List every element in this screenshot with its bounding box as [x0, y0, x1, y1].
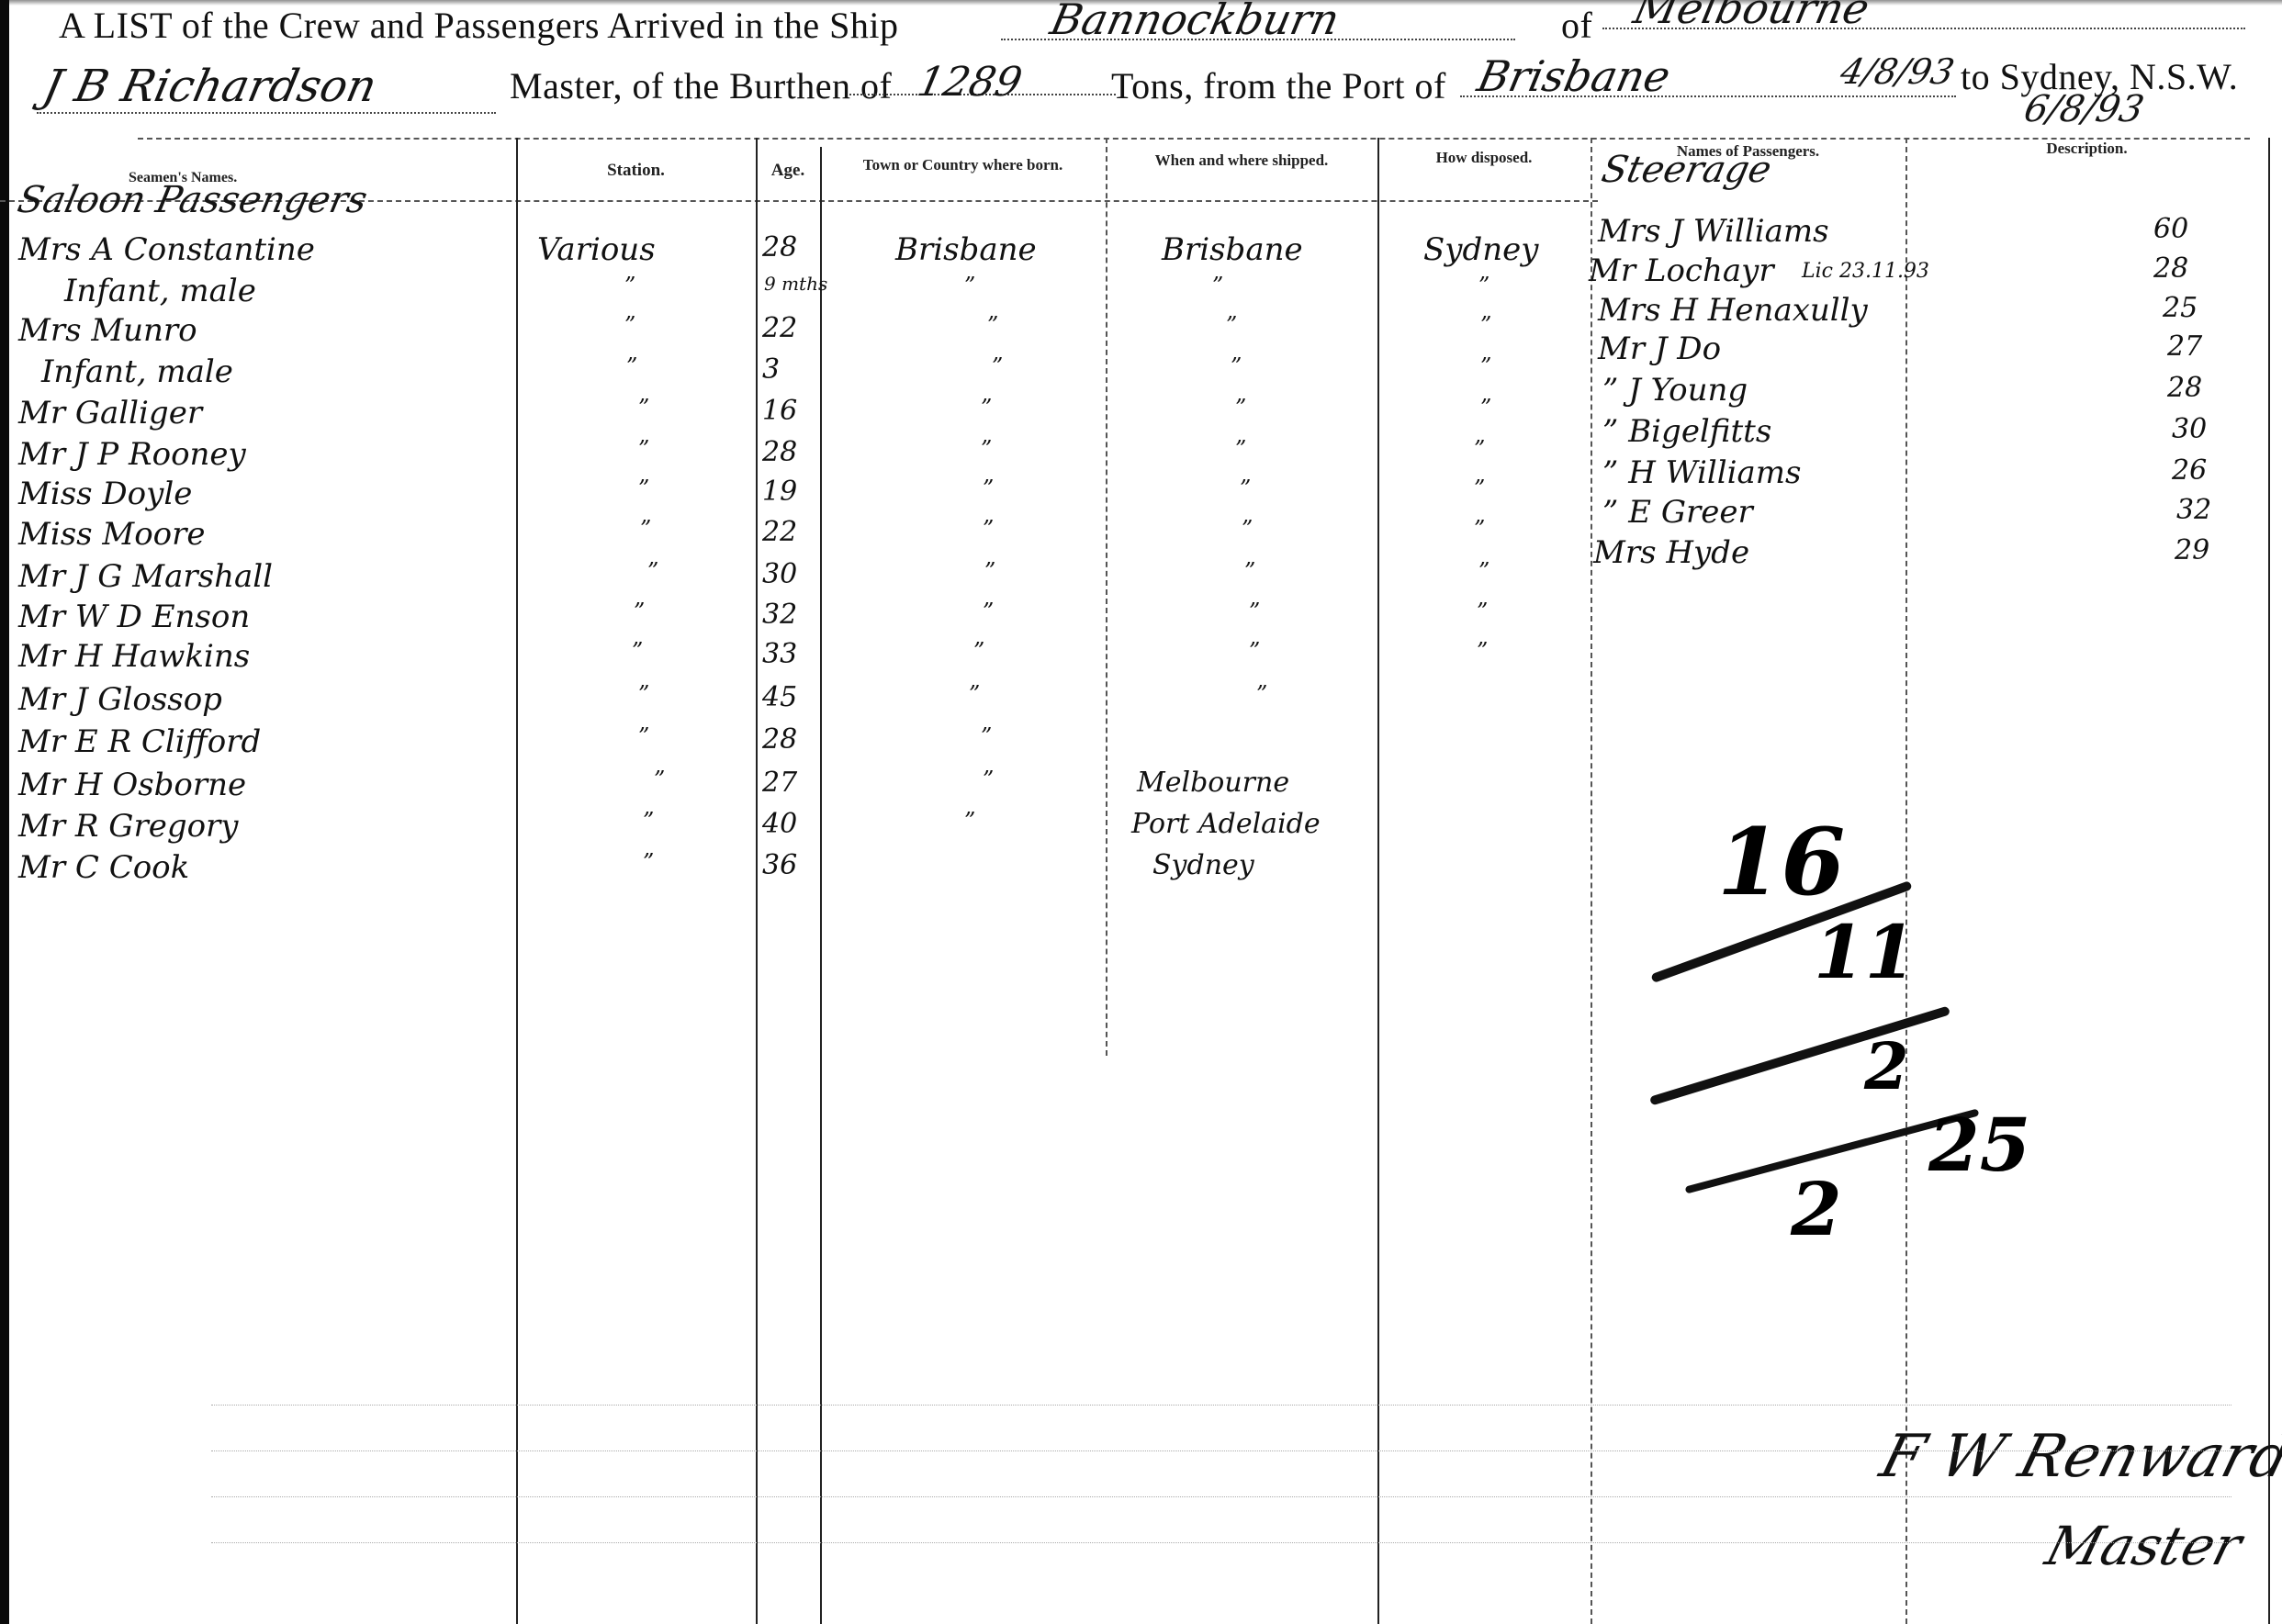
- master-name: J B Richardson: [39, 61, 381, 112]
- row-station: ”: [638, 681, 649, 707]
- passenger-row: ” E Greer 32: [0, 494, 2282, 531]
- passenger-list-document: A LIST of the Crew and Passengers Arrive…: [0, 0, 2282, 1624]
- master-signature: F W Renwardin: [1873, 1423, 2282, 1491]
- row-station: ”: [643, 849, 654, 875]
- passenger-name: Mrs H Henaxully: [1598, 292, 1868, 329]
- row-station: ”: [638, 723, 649, 749]
- passenger-row: Mrs H Henaxully 25: [0, 292, 2282, 329]
- row-born: ”: [973, 638, 984, 664]
- col-head-shipped: When and where shipped.: [1106, 151, 1377, 170]
- title-prefix: A LIST of the Crew and Passengers Arrive…: [59, 4, 899, 47]
- table-row: Mr W D Enson ” 32 ” ” ”: [0, 599, 2282, 635]
- row-name: Mr E R Clifford: [18, 723, 261, 760]
- master-rule: [37, 112, 496, 114]
- passenger-age: 29: [2175, 534, 2209, 566]
- row-born: ”: [969, 681, 980, 707]
- row-station: ”: [643, 808, 654, 834]
- row-disposed: ”: [1477, 638, 1488, 664]
- row-shipped: ”: [1256, 681, 1267, 707]
- passenger-row: Mrs J Williams 60: [0, 213, 2282, 250]
- table-row: Mr R Gregory ” 40 ” Port Adelaide: [0, 808, 2282, 845]
- passenger-age: 60: [2153, 213, 2188, 245]
- depart-date: 4/8/93: [1837, 51, 1958, 92]
- passenger-age: 27: [2167, 330, 2202, 363]
- row-age: 40: [762, 808, 797, 840]
- col-head-age: Age.: [756, 161, 820, 181]
- master-label: Master, of the Burthen of: [510, 64, 892, 107]
- tally-second: 11: [1814, 909, 1916, 995]
- passenger-name: ” J Young: [1602, 372, 1748, 409]
- table-row: Mr C Cook ” 36 Sydney: [0, 849, 2282, 886]
- passenger-row: Mr J Do 27: [0, 330, 2282, 367]
- passenger-age: 25: [2163, 292, 2198, 324]
- row-age: 28: [762, 723, 797, 756]
- passenger-age: 30: [2172, 413, 2207, 445]
- row-shipped: ”: [1249, 638, 1260, 664]
- passenger-age: 28: [2167, 372, 2202, 404]
- master-title: Master: [2040, 1515, 2248, 1577]
- row-name: Mr H Hawkins: [18, 638, 250, 675]
- row-station: ”: [634, 599, 645, 624]
- passenger-row: Mrs Hyde 29: [0, 534, 2282, 571]
- row-name: Mr W D Enson: [18, 599, 250, 635]
- passenger-row: ” Bigelfitts 30: [0, 413, 2282, 450]
- row-name: Mr R Gregory: [18, 808, 239, 845]
- tally-first: 16: [1717, 808, 1845, 916]
- col-head-station: Station.: [516, 161, 756, 181]
- faint-rule: [211, 1542, 2231, 1543]
- port-from: Brisbane: [1473, 51, 1674, 101]
- table-row: Mr H Hawkins ” 33 ” ” ”: [0, 638, 2282, 675]
- row-name: Mr H Osborne: [18, 767, 246, 803]
- row-name: Mr J Glossop: [18, 681, 222, 718]
- passenger-name: ” H Williams: [1602, 454, 1801, 491]
- faint-rule: [211, 1450, 2231, 1451]
- col-head-disposed: How disposed.: [1377, 149, 1591, 167]
- passenger-name: Mrs Hyde: [1593, 534, 1749, 571]
- passenger-note: Lic 23.11.93: [1802, 260, 1929, 283]
- row-station: ”: [654, 767, 665, 792]
- row-station: ”: [632, 638, 643, 664]
- row-shipped: Sydney: [1152, 849, 1254, 881]
- row-born: ”: [964, 808, 975, 834]
- home-port: Melbourne: [1629, 0, 1873, 33]
- row-shipped: ”: [1249, 599, 1260, 624]
- passenger-row: Mr Lochayr Lic 23.11.93 28: [0, 252, 2282, 289]
- table-row: Mr E R Clifford ” 28 ”: [0, 723, 2282, 760]
- tally-fifth: 2: [1791, 1166, 1842, 1252]
- tally-fourth: 25: [1928, 1102, 2030, 1188]
- row-born: ”: [983, 767, 994, 792]
- row-shipped: Port Adelaide: [1131, 808, 1321, 840]
- passenger-name: Mr J Do: [1598, 330, 1721, 367]
- passenger-name: Mr Lochayr: [1589, 252, 1774, 289]
- burthen-value: 1289: [914, 59, 1027, 106]
- tally-third: 2: [1864, 1028, 1909, 1104]
- row-born: ”: [981, 723, 992, 749]
- passenger-age: 32: [2176, 494, 2211, 526]
- arrival-date: 6/8/93: [2020, 88, 2148, 130]
- row-shipped: Melbourne: [1137, 767, 1289, 799]
- tons-label: Tons, from the Port of: [1111, 64, 1446, 107]
- passenger-row: ” H Williams 26: [0, 454, 2282, 491]
- col-head-born: Town or Country where born.: [820, 156, 1106, 174]
- faint-rule: [211, 1405, 2231, 1406]
- passenger-age: 28: [2153, 252, 2188, 285]
- row-age: 32: [762, 599, 797, 631]
- table-row: Mr H Osborne ” 27 ” Melbourne: [0, 767, 2282, 803]
- row-age: 27: [762, 767, 797, 799]
- steerage-section-label: Steerage: [1598, 149, 1775, 191]
- table-row: Mr J Glossop ” 45 ” ”: [0, 681, 2282, 718]
- passenger-row: ” J Young 28: [0, 372, 2282, 409]
- row-born: ”: [983, 599, 994, 624]
- row-disposed: ”: [1477, 599, 1488, 624]
- row-name: Mr C Cook: [18, 849, 189, 886]
- ship-name: Bannockburn: [1046, 0, 1343, 44]
- of-label: of: [1561, 4, 1592, 47]
- faint-rule: [211, 1496, 2231, 1497]
- row-age: 33: [762, 638, 797, 670]
- col-head-description: Description.: [1905, 140, 2268, 158]
- passenger-name: Mrs J Williams: [1598, 213, 1829, 250]
- row-age: 45: [762, 681, 797, 713]
- passenger-name: ” E Greer: [1602, 494, 1753, 531]
- passenger-name: ” Bigelfitts: [1602, 413, 1771, 450]
- row-age: 36: [762, 849, 797, 881]
- passenger-age: 26: [2172, 454, 2207, 487]
